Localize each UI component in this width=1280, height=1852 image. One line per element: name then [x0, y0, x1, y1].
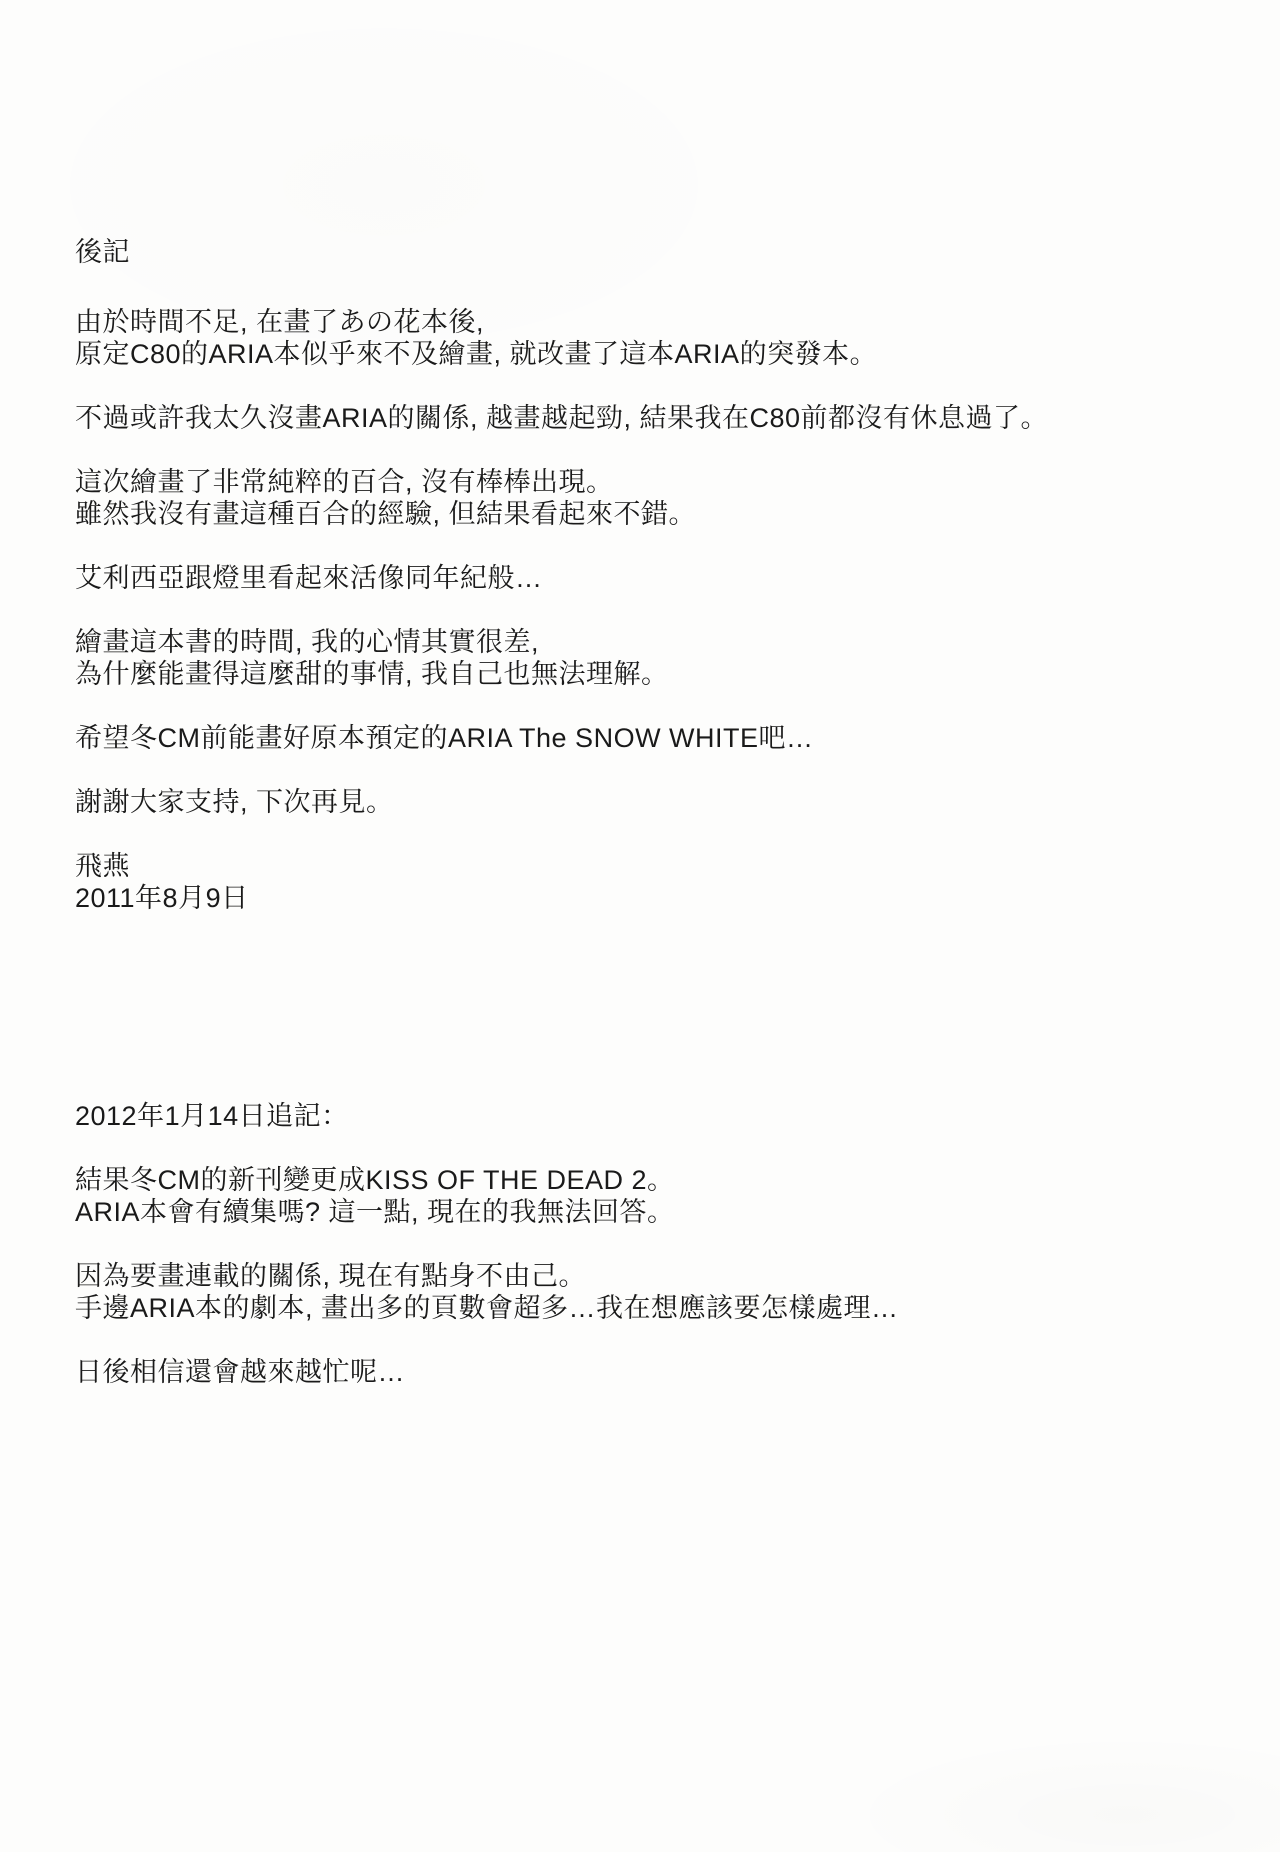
- text-line: 謝謝大家支持, 下次再見。: [75, 786, 1225, 818]
- paragraph: 繪畫這本書的時間, 我的心情其實很差, 為什麼能畫得這麼甜的事情, 我自己也無法…: [75, 626, 1225, 690]
- afterword-title: 後記: [75, 236, 1225, 268]
- text-line: 雖然我沒有畫這種百合的經驗, 但結果看起來不錯。: [75, 498, 1225, 530]
- text-line: 這次繪畫了非常純粹的百合, 沒有棒棒出現。: [75, 466, 1225, 498]
- postscript-heading: 2012年1月14日追記：: [75, 1100, 1225, 1132]
- text-line: 原定C80的ARIA本似乎來不及繪畫, 就改畫了這本ARIA的突發本。: [75, 338, 1225, 370]
- text-line: 艾利西亞跟燈里看起來活像同年紀般…: [75, 562, 1225, 594]
- author-name: 飛燕: [75, 850, 1225, 882]
- paragraph: 這次繪畫了非常純粹的百合, 沒有棒棒出現。 雖然我沒有畫這種百合的經驗, 但結果…: [75, 466, 1225, 530]
- text-line: 因為要畫連載的關係, 現在有點身不由己。: [75, 1260, 1225, 1292]
- text-line: 希望冬CM前能畫好原本預定的ARIA The SNOW WHITE吧…: [75, 722, 1225, 754]
- paragraph: 希望冬CM前能畫好原本預定的ARIA The SNOW WHITE吧…: [75, 722, 1225, 754]
- paragraph: 艾利西亞跟燈里看起來活像同年紀般…: [75, 562, 1225, 594]
- text-line: ARIA本會有續集嗎? 這一點, 現在的我無法回答。: [75, 1196, 1225, 1228]
- paragraph: 由於時間不足, 在畫了あの花本後, 原定C80的ARIA本似乎來不及繪畫, 就改…: [75, 306, 1225, 370]
- signature-date: 2011年8月9日: [75, 882, 1225, 914]
- text-line: 不過或許我太久沒畫ARIA的關係, 越畫越起勁, 結果我在C80前都沒有休息過了…: [75, 402, 1225, 434]
- afterword-page: 後記 由於時間不足, 在畫了あの花本後, 原定C80的ARIA本似乎來不及繪畫,…: [75, 236, 1225, 1420]
- text-line: 為什麼能畫得這麼甜的事情, 我自己也無法理解。: [75, 658, 1225, 690]
- paragraph: 日後相信還會越來越忙呢…: [75, 1356, 1225, 1388]
- postscript-section: 2012年1月14日追記： 結果冬CM的新刊變更成KISS OF THE DEA…: [75, 1100, 1225, 1388]
- paragraph: 結果冬CM的新刊變更成KISS OF THE DEAD 2。 ARIA本會有續集…: [75, 1164, 1225, 1228]
- text-line: 繪畫這本書的時間, 我的心情其實很差,: [75, 626, 1225, 658]
- text-line: 結果冬CM的新刊變更成KISS OF THE DEAD 2。: [75, 1164, 1225, 1196]
- paragraph: 謝謝大家支持, 下次再見。: [75, 786, 1225, 818]
- text-line: 日後相信還會越來越忙呢…: [75, 1356, 1225, 1388]
- paragraph: 不過或許我太久沒畫ARIA的關係, 越畫越起勁, 結果我在C80前都沒有休息過了…: [75, 402, 1225, 434]
- signature-block: 飛燕 2011年8月9日: [75, 850, 1225, 914]
- paragraph: 因為要畫連載的關係, 現在有點身不由己。 手邊ARIA本的劇本, 畫出多的頁數會…: [75, 1260, 1225, 1324]
- text-line: 手邊ARIA本的劇本, 畫出多的頁數會超多…我在想應該要怎樣處理…: [75, 1292, 1225, 1324]
- text-line: 由於時間不足, 在畫了あの花本後,: [75, 306, 1225, 338]
